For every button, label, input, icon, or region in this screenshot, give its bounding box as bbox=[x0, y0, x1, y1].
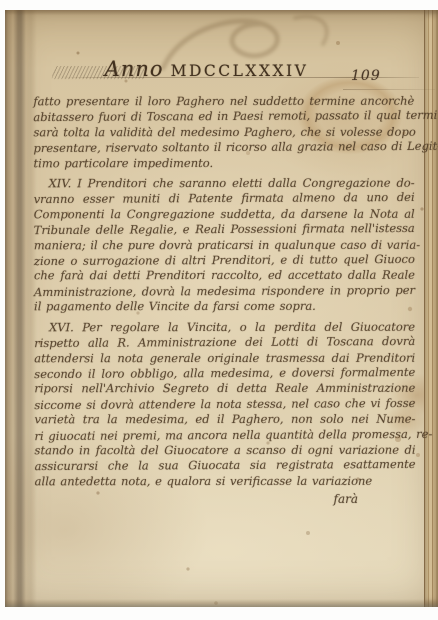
text-line: maniera; il che pure dovrà praticarsi in… bbox=[34, 237, 415, 253]
text-line: Componenti la Congregazione suddetta, da… bbox=[34, 207, 415, 223]
scanned-book-photo: Anno MDCCLXXXIV 109 fatto presentare il … bbox=[0, 0, 438, 620]
manuscript-text: fatto presentare il loro Paghero nel sud… bbox=[33, 93, 415, 494]
text-line: attendersi la nota generale originale tr… bbox=[34, 350, 415, 366]
binding-gutter-shadow bbox=[5, 10, 37, 607]
text-line: che farà dai detti Prenditori raccolto, … bbox=[34, 268, 415, 284]
catchword: farà bbox=[334, 492, 359, 506]
text-line: siccome si dovrà attendere la nota stess… bbox=[34, 396, 415, 414]
header-year-roman: MDCCLXXXIV bbox=[171, 62, 309, 80]
paragraph-continuation: fatto presentare il loro Paghero nel sud… bbox=[33, 93, 414, 171]
text-line: assicurarsi che la sua Giuocata sia regi… bbox=[35, 457, 416, 475]
manuscript-page: Anno MDCCLXXXIV 109 fatto presentare il … bbox=[5, 10, 438, 607]
folio-rule-line bbox=[343, 89, 435, 90]
page-header: Anno MDCCLXXXIV bbox=[45, 57, 368, 81]
text-line: secondo il loro obbligo, alla medesima, … bbox=[34, 365, 415, 383]
folio-number: 109 bbox=[351, 68, 381, 84]
text-line: ri giuocati nei premi, ma ancora nella q… bbox=[34, 426, 415, 444]
foxing-speckles bbox=[5, 10, 7, 12]
paragraph-xiv: XIV. I Prenditori che saranno eletti dal… bbox=[34, 175, 415, 315]
paragraph-xvi: XVI. Per regolare la Vincita, o la perdi… bbox=[34, 319, 416, 490]
text-line: XVI. Per regolare la Vincita, o la perdi… bbox=[34, 319, 415, 335]
text-line: abitassero fuori di Toscana ed in Paesi … bbox=[33, 108, 414, 126]
text-line: Tribunale delle Regalie, e Reali Possess… bbox=[34, 221, 415, 239]
text-line: rispetto alla R. Amministrazione dei Lot… bbox=[34, 334, 415, 352]
page-bottom-edge bbox=[5, 599, 438, 607]
text-line: alla antedetta nota, e qualora si verifi… bbox=[35, 473, 416, 489]
book-fore-edge bbox=[424, 10, 438, 607]
text-line: vranno esser muniti di Patente firmata a… bbox=[34, 190, 415, 208]
text-line: varietà tra la medesima, ed il Paghero, … bbox=[34, 412, 415, 428]
text-line: stando in facoltà del Giuocatore a scans… bbox=[35, 443, 416, 459]
header-anno-word: Anno bbox=[105, 57, 164, 81]
text-line: il pagamento delle Vincite da farsi come… bbox=[34, 299, 415, 315]
text-line: timo particolare impedimento. bbox=[34, 155, 415, 171]
text-line: presentare, riservato soltanto il ricors… bbox=[33, 139, 414, 157]
text-line: riporsi nell'Archivio Segreto di detta R… bbox=[34, 381, 415, 397]
text-line: sarà tolta la validità del medesimo Pagh… bbox=[33, 125, 414, 141]
text-line: Amministrazione, dovrà la medesima rispo… bbox=[34, 283, 415, 301]
